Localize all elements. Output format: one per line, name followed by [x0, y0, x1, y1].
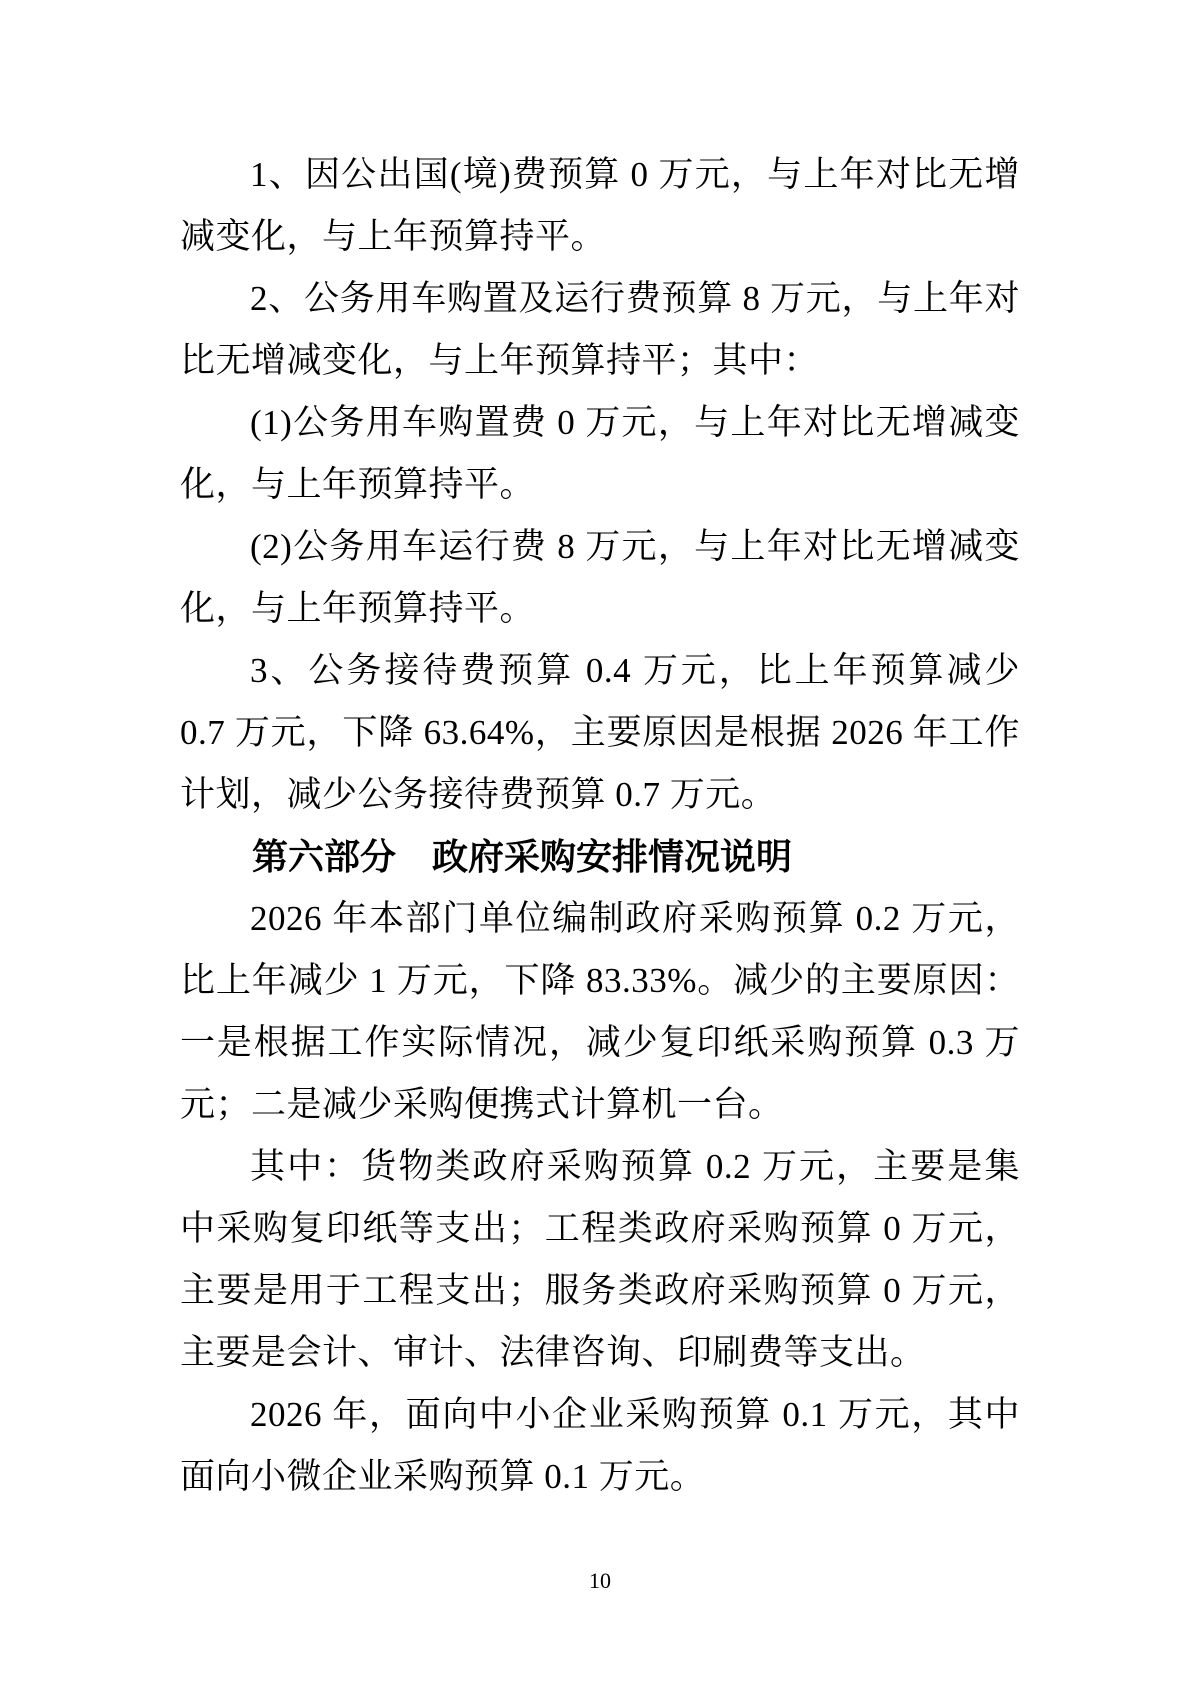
- paragraph: 2、公务用车购置及运行费预算 8 万元，与上年对比无增减变化，与上年预算持平；其…: [180, 268, 1020, 392]
- paragraph: 2026 年本部门单位编制政府采购预算 0.2 万元，比上年减少 1 万元，下降…: [180, 888, 1020, 1136]
- paragraph: (2)公务用车运行费 8 万元，与上年对比无增减变化，与上年预算持平。: [180, 516, 1020, 640]
- page-number: 10: [0, 1566, 1200, 1596]
- paragraph: 2026 年，面向中小企业采购预算 0.1 万元，其中面向小微企业采购预算 0.…: [180, 1384, 1020, 1508]
- section-heading: 第六部分 政府采购安排情况说明: [180, 826, 1020, 888]
- document-body: 1、因公出国(境)费预算 0 万元，与上年对比无增减变化，与上年预算持平。2、公…: [180, 144, 1020, 1508]
- paragraph: (1)公务用车购置费 0 万元，与上年对比无增减变化，与上年预算持平。: [180, 392, 1020, 516]
- paragraph: 1、因公出国(境)费预算 0 万元，与上年对比无增减变化，与上年预算持平。: [180, 144, 1020, 268]
- paragraph: 3、公务接待费预算 0.4 万元，比上年预算减少 0.7 万元，下降 63.64…: [180, 640, 1020, 826]
- paragraph: 其中：货物类政府采购预算 0.2 万元，主要是集中采购复印纸等支出；工程类政府采…: [180, 1136, 1020, 1384]
- document-page: 1、因公出国(境)费预算 0 万元，与上年对比无增减变化，与上年预算持平。2、公…: [0, 0, 1200, 1697]
